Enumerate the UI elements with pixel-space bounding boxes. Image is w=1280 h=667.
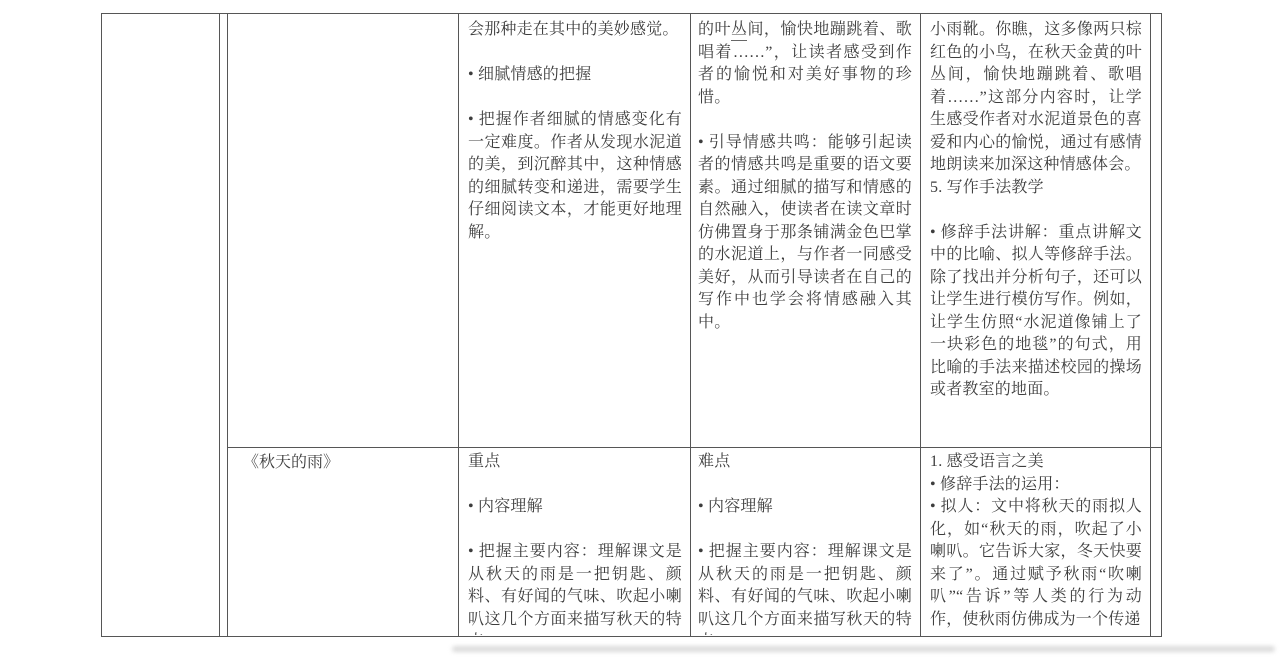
paragraph [930,199,1142,222]
paragraph: • 把握作者细腻的情感变化有一定难度。作者从发现水泥道的美，到沉醉其中，这种情感… [468,109,682,244]
cell-difficult-points-row2: 难点• 内容理解• 把握主要内容：理解课文是从秋天的雨是一把钥匙、颜料、有好闻的… [698,451,912,635]
table-row-divider [227,447,1162,448]
table-col-divider-4 [690,13,691,637]
scan-artifact-smudge [452,646,1275,652]
table-border-bottom [101,636,1162,637]
paragraph [468,42,682,65]
cell-difficult-points-row1: 的叶丛间，愉快地蹦跳着、歌唱着……”，让读者感受到作者的愉悦和对美好事物的珍惜。… [698,19,912,439]
table-col-divider-5 [920,13,921,637]
paragraph: 重点 [468,451,682,474]
paragraph: • 内容理解 [468,496,682,519]
paragraph: • 细腻情感的把握 [468,64,682,87]
paragraph: • 引导情感共鸣：能够引起读者的情感共鸣是重要的语文要素。通过细腻的描写和情感的… [698,132,912,335]
table-border-top [101,13,1162,14]
paragraph: 难点 [698,451,912,474]
cell-teaching-methods-row1: 小雨靴。你瞧，这多像两只棕红色的小鸟，在秋天金黄的叶丛间，愉快地蹦跳着、歌唱着…… [930,19,1142,439]
paragraph [468,87,682,110]
paragraph: • 修辞手法讲解：重点讲解文中的比喻、拟人等修辞手法。除了找出并分析句子，还可以… [930,222,1142,402]
paragraph: • 拟人：文中将秋天的雨拟人化，如“秋天的雨，吹起了小喇叭。它告诉大家，冬天快要… [930,496,1142,631]
table-col-divider-6 [1150,13,1151,637]
paragraph: 的叶丛间，愉快地蹦跳着、歌唱着……”，让读者感受到作者的愉悦和对美好事物的珍惜。 [698,19,912,109]
paragraph [698,109,912,132]
paragraph [698,474,912,497]
cell-lesson-title-row2: 《秋天的雨》 [243,452,443,475]
paragraph: • 内容理解 [698,496,912,519]
cell-teaching-methods-row2: 1. 感受语言之美• 修辞手法的运用：• 拟人：文中将秋天的雨拟人化，如“秋天的… [930,451,1142,635]
table-border-right [1161,13,1162,637]
paragraph: 会那种走在其中的美妙感觉。 [468,19,682,42]
paragraph: 5. 写作手法教学 [930,177,1142,200]
underline-mark [731,40,747,41]
paragraph: 1. 感受语言之美 [930,451,1142,474]
scanned-document-page: 会那种走在其中的美妙感觉。• 细腻情感的把握• 把握作者细腻的情感变化有一定难度… [0,0,1280,667]
table-col-divider-2 [227,13,228,637]
cell-key-points-row2: 重点• 内容理解• 把握主要内容：理解课文是从秋天的雨是一把钥匙、颜料、有好闻的… [468,451,682,635]
table-border-left [101,13,102,637]
table-col-divider-1 [219,13,220,637]
paragraph: 小雨靴。你瞧，这多像两只棕红色的小鸟，在秋天金黄的叶丛间，愉快地蹦跳着、歌唱着…… [930,19,1142,177]
paragraph: • 把握主要内容：理解课文是从秋天的雨是一把钥匙、颜料、有好闻的气味、吹起小喇叭… [468,541,682,635]
paragraph: • 修辞手法的运用： [930,474,1142,497]
paragraph [468,519,682,542]
paragraph: • 把握主要内容：理解课文是从秋天的雨是一把钥匙、颜料、有好闻的气味、吹起小喇叭… [698,541,912,635]
paragraph [468,474,682,497]
table-col-divider-3 [458,13,459,637]
paragraph [698,519,912,542]
cell-key-points-row1: 会那种走在其中的美妙感觉。• 细腻情感的把握• 把握作者细腻的情感变化有一定难度… [468,19,682,439]
